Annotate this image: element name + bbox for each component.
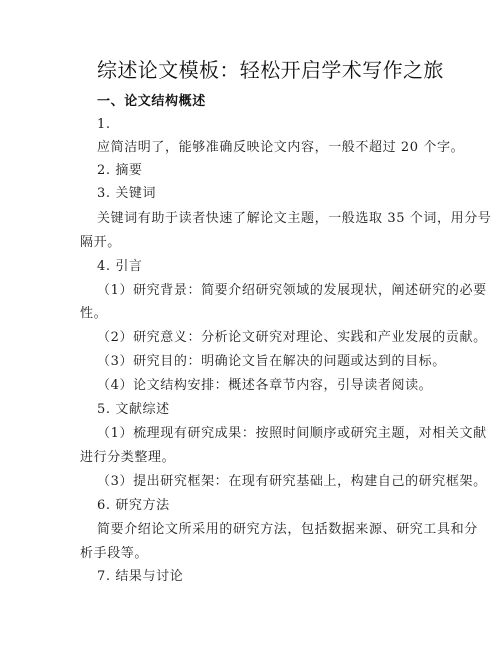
list-item-literature-review: 5. 文献综述 bbox=[97, 401, 170, 419]
list-item-results-discussion: 7. 结果与讨论 bbox=[97, 568, 183, 586]
subitem-sort-research-continued: 进行分类整理。 bbox=[80, 449, 175, 467]
paragraph-methods-continued: 析手段等。 bbox=[80, 545, 148, 563]
paragraph-methods: 简要介绍论文所采用的研究方法，包括数据来源、研究工具和分 bbox=[97, 521, 478, 539]
list-item-methods: 6. 研究方法 bbox=[97, 497, 170, 515]
subitem-significance: （2）研究意义：分析论文研究对理论、实践和产业发展的贡献。 bbox=[97, 329, 487, 347]
list-item-abstract: 2. 摘要 bbox=[97, 162, 143, 180]
paragraph-keywords: 关键词有助于读者快速了解论文主题，一般选取 35 个词，用分号 bbox=[97, 210, 491, 228]
list-item-1: 1. bbox=[97, 116, 111, 134]
subitem-structure: （4）论文结构安排：概述各章节内容，引导读者阅读。 bbox=[97, 377, 432, 395]
subitem-background: （1）研究背景：简要介绍研究领域的发展现状，阐述研究的必要 bbox=[97, 282, 487, 300]
section-heading: 一、论文结构概述 bbox=[97, 93, 206, 111]
list-item-introduction: 4. 引言 bbox=[97, 258, 143, 276]
document-title: 综述论文模板：轻松开启学术写作之旅 bbox=[97, 56, 417, 84]
paragraph-title-desc: 应简洁明了，能够准确反映论文内容，一般不超过 20 个字。 bbox=[97, 139, 464, 157]
paragraph-keywords-continued: 隔开。 bbox=[80, 234, 121, 252]
document-page: 综述论文模板：轻松开启学术写作之旅 一、论文结构概述 1. 应简洁明了，能够准确… bbox=[0, 0, 500, 647]
subitem-sort-research: （1）梳理现有研究成果：按照时间顺序或研究主题，对相关文献 bbox=[97, 425, 487, 443]
subitem-purpose: （3）研究目的：明确论文旨在解决的问题或达到的目标。 bbox=[97, 353, 446, 371]
subitem-framework: （3）提出研究框架：在现有研究基础上，构建自己的研究框架。 bbox=[97, 473, 487, 491]
subitem-background-continued: 性。 bbox=[80, 305, 107, 323]
list-item-keywords: 3. 关键词 bbox=[97, 185, 156, 203]
